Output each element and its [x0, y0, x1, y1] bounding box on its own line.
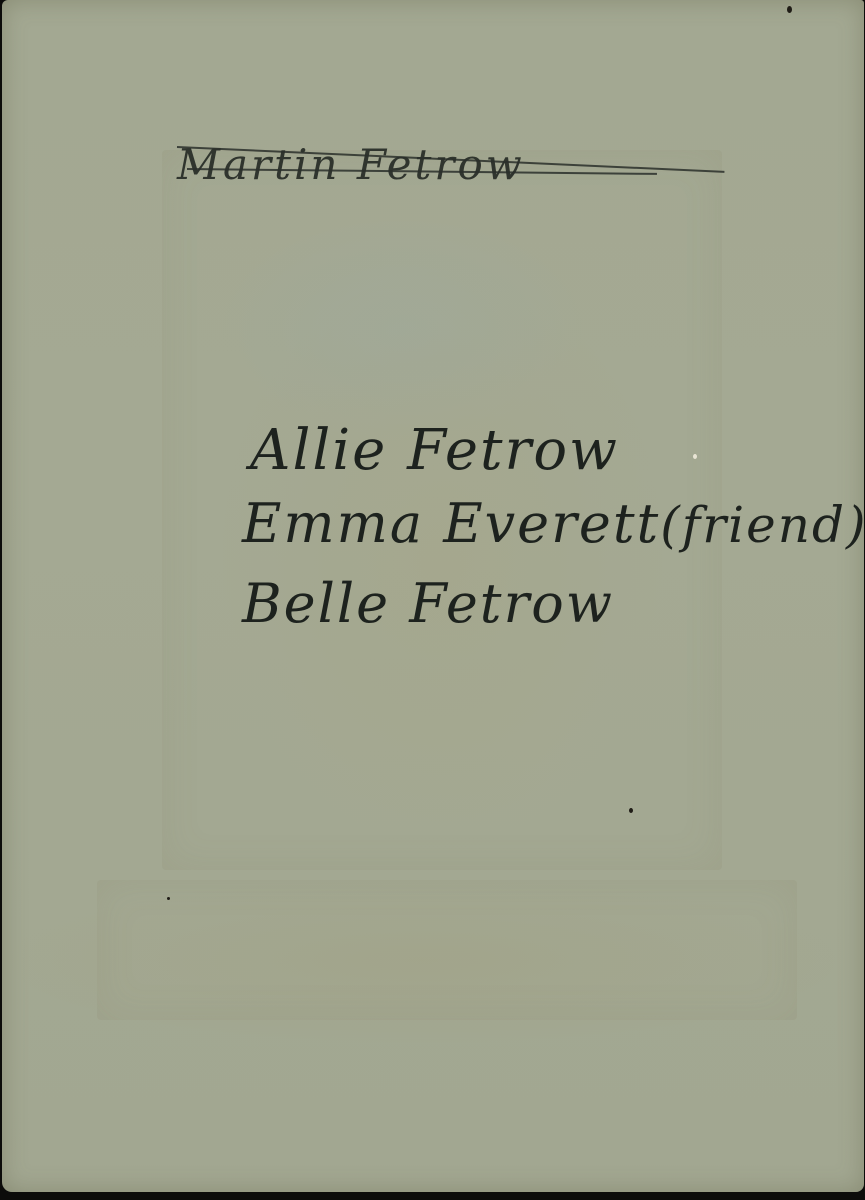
ink-speck: [167, 897, 170, 900]
relationship-note: (friend): [660, 496, 865, 554]
name-text: Belle Fetrow: [242, 572, 614, 635]
struck-name-text: Martin Fetrow: [177, 140, 525, 189]
ink-speck: [787, 6, 792, 13]
struck-through-name: Martin Fetrow: [177, 140, 737, 200]
paper-fleck: [693, 454, 697, 459]
name-text: Allie Fetrow: [250, 418, 619, 483]
handwritten-name-3: Belle Fetrow: [242, 572, 614, 635]
card-back: Martin Fetrow Allie Fetrow Emma Everett(…: [2, 0, 864, 1192]
ink-speck: [629, 808, 633, 813]
handwritten-name-2: Emma Everett(friend): [242, 492, 865, 555]
photo-ghost-lower-band: [97, 880, 797, 1020]
name-text: Emma Everett: [242, 492, 660, 555]
handwritten-name-1: Allie Fetrow: [250, 418, 619, 483]
